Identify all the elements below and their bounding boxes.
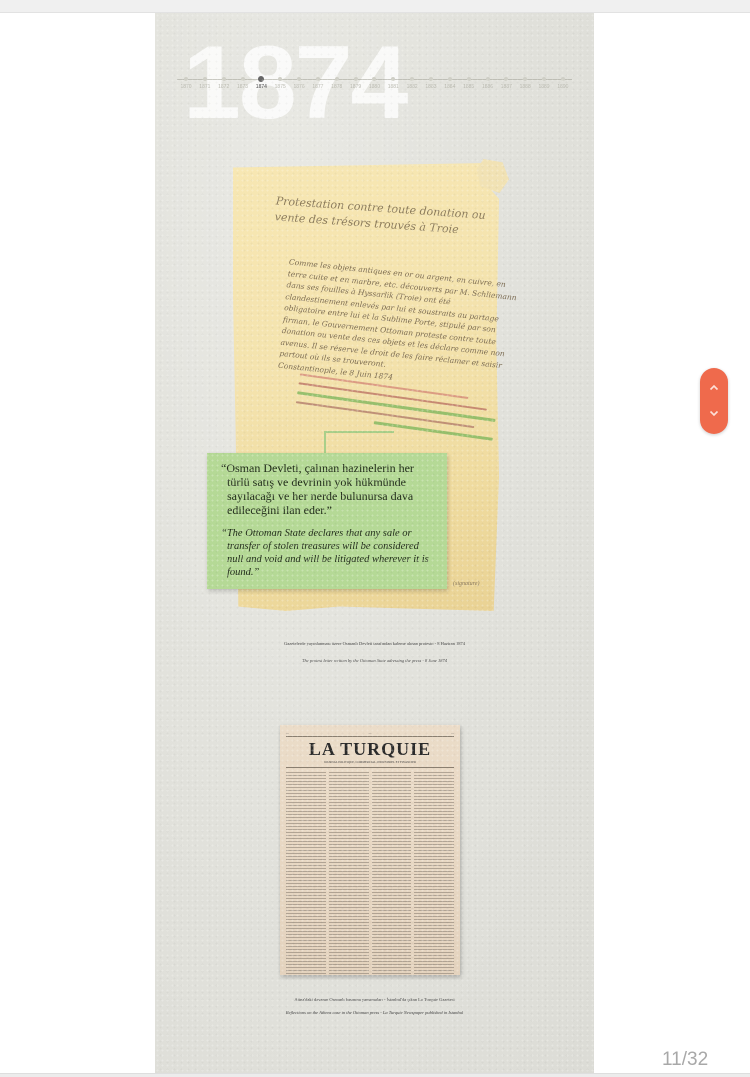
timeline-dot-icon [203, 77, 207, 81]
newspaper-header-strip: ——— [286, 731, 454, 737]
timeline-dot-icon [391, 77, 395, 81]
timeline-year-label: 1874 [256, 84, 267, 90]
timeline-year-label: 1882 [407, 84, 418, 90]
timeline-dot-icon [297, 77, 301, 81]
letter-caption-english: The protest letter written by the Ottoma… [155, 658, 594, 663]
la-turquie-newspaper-image: ——— LA TURQUIE JOURNAL POLITIQUE, COMMER… [280, 725, 460, 975]
timeline-dot-icon [316, 77, 320, 81]
timeline-year-1875[interactable]: 1875 [271, 76, 289, 90]
timeline-year-label: 1880 [369, 84, 380, 90]
quote-turkish: “Osman Devleti, çalınan hazinelerin her … [217, 461, 437, 517]
timeline-year-label: 1887 [501, 84, 512, 90]
timeline-year-1880[interactable]: 1880 [365, 76, 383, 90]
timeline-dot-icon [354, 77, 358, 81]
timeline-year-label: 1883 [425, 84, 436, 90]
timeline-dot-icon [486, 77, 490, 81]
timeline-year-1877[interactable]: 1877 [309, 76, 327, 90]
timeline-year-1882[interactable]: 1882 [403, 76, 421, 90]
timeline-dot-icon [258, 76, 264, 82]
timeline-year-label: 1881 [388, 84, 399, 90]
timeline-year-label: 1888 [520, 84, 531, 90]
timeline-year-1870[interactable]: 1870 [177, 76, 195, 90]
timeline-year-1878[interactable]: 1878 [328, 76, 346, 90]
letter-handwritten-body: Comme les objets antiques en or ou argen… [278, 256, 519, 394]
page-navigation-pill [700, 368, 728, 434]
timeline-dot-icon [429, 77, 433, 81]
timeline-dot-icon [504, 77, 508, 81]
letter-caption-turkish: Gazetelerde yayınlanması üzere Osmanlı D… [155, 641, 594, 646]
timeline-year-label: 1873 [237, 84, 248, 90]
timeline-year-1889[interactable]: 1889 [535, 76, 553, 90]
newspaper-columns [286, 772, 454, 975]
timeline-dot-icon [523, 77, 527, 81]
newspaper-caption-english: Reflections on the Athens case in the Ot… [155, 1010, 594, 1015]
book-page: 1874 18701871187218731874187518761877187… [155, 13, 594, 1073]
timeline-year-label: 1875 [275, 84, 286, 90]
timeline-year-label: 1871 [199, 84, 210, 90]
top-bar [0, 0, 750, 13]
timeline-dot-icon [278, 77, 282, 81]
timeline-year-1874[interactable]: 1874 [252, 76, 270, 90]
timeline-dot-icon [542, 77, 546, 81]
timeline-year-1885[interactable]: 1885 [460, 76, 478, 90]
chevron-down-icon [709, 408, 719, 418]
timeline-dot-icon [561, 77, 565, 81]
timeline-year-label: 1890 [557, 84, 568, 90]
newspaper-caption-turkish: Atina'daki davanın Osmanlı basınına yans… [155, 997, 594, 1002]
timeline-years: 1870187118721873187418751876187718781879… [177, 76, 572, 90]
timeline-year-label: 1884 [444, 84, 455, 90]
newspaper-masthead: LA TURQUIE [286, 739, 454, 760]
timeline-year-label: 1886 [482, 84, 493, 90]
bottom-bar [0, 1073, 750, 1077]
timeline-year-1890[interactable]: 1890 [554, 76, 572, 90]
timeline-dot-icon [410, 77, 414, 81]
previous-page-button[interactable] [700, 375, 728, 401]
timeline-year-1873[interactable]: 1873 [234, 76, 252, 90]
timeline-year-1888[interactable]: 1888 [516, 76, 534, 90]
quote-box: “Osman Devleti, çalınan hazinelerin her … [207, 453, 447, 589]
page-counter: 11/32 [662, 1049, 708, 1071]
timeline-year-label: 1872 [218, 84, 229, 90]
timeline-year-1872[interactable]: 1872 [215, 76, 233, 90]
timeline-dot-icon [448, 77, 452, 81]
timeline-year-label: 1878 [331, 84, 342, 90]
timeline-dot-icon [241, 77, 245, 81]
timeline-dot-icon [222, 77, 226, 81]
newspaper-subtitle: JOURNAL POLITIQUE, COMMERCIAL, INDUSTRIE… [286, 760, 454, 768]
timeline-year-label: 1870 [180, 84, 191, 90]
timeline-year-1871[interactable]: 1871 [196, 76, 214, 90]
timeline-year-label: 1876 [294, 84, 305, 90]
timeline-year-label: 1879 [350, 84, 361, 90]
timeline-year-1884[interactable]: 1884 [441, 76, 459, 90]
timeline-year-1879[interactable]: 1879 [347, 76, 365, 90]
chevron-up-icon [709, 383, 719, 393]
timeline-dot-icon [372, 77, 376, 81]
timeline-year-label: 1885 [463, 84, 474, 90]
timeline-year-label: 1877 [312, 84, 323, 90]
timeline-dot-icon [335, 77, 339, 81]
quote-english: “The Ottoman State declares that any sal… [217, 527, 437, 579]
timeline-year-1883[interactable]: 1883 [422, 76, 440, 90]
next-page-button[interactable] [700, 400, 728, 426]
timeline-year-label: 1889 [538, 84, 549, 90]
letter-signature: (signature) [453, 581, 479, 587]
timeline-dot-icon [184, 77, 188, 81]
timeline-dot-icon [467, 77, 471, 81]
timeline-year-1881[interactable]: 1881 [384, 76, 402, 90]
timeline-year-1876[interactable]: 1876 [290, 76, 308, 90]
year-timeline: 1870187118721873187418751876187718781879… [177, 76, 572, 96]
timeline-year-1887[interactable]: 1887 [497, 76, 515, 90]
timeline-year-1886[interactable]: 1886 [479, 76, 497, 90]
